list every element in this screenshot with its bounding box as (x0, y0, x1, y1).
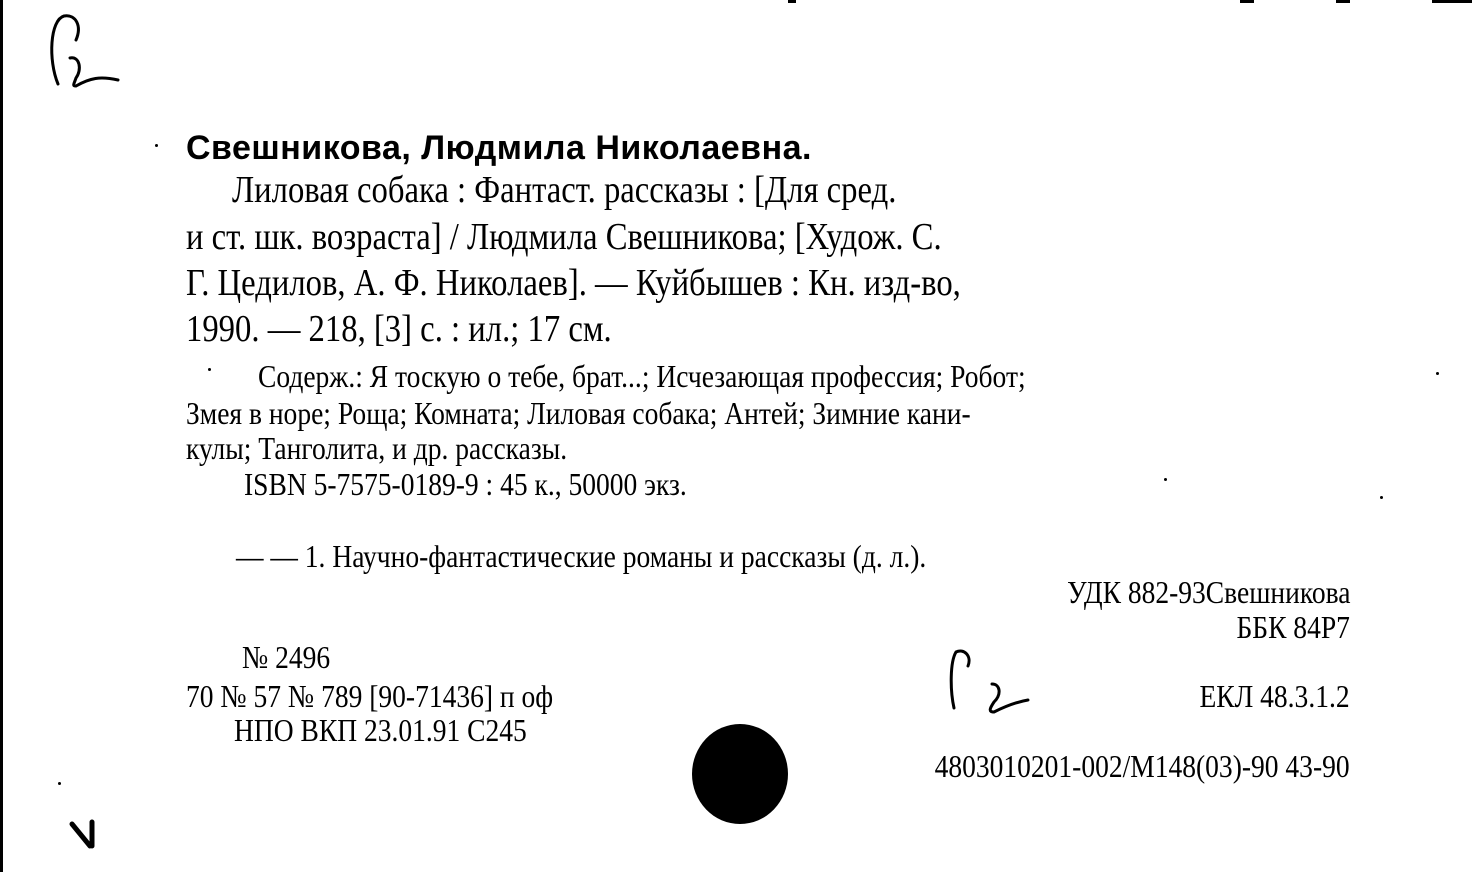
card-left-edge (0, 0, 3, 872)
isbn-line: ISBN 5-7575-0189-9 : 45 к., 50000 экз. (244, 464, 687, 504)
subject-line: — — 1. Научно-фантастические романы и ра… (236, 536, 926, 576)
scan-artifact (1336, 0, 1350, 3)
contents-line: Змея в норе; Роща; Комната; Лиловая соба… (186, 393, 971, 433)
scan-artifact (788, 0, 796, 3)
ekl-code: ЕКЛ 48.3.1.2 (1200, 676, 1350, 716)
scan-artifact (1240, 0, 1254, 3)
card-number: № 2496 (242, 637, 330, 677)
contents-line: Содерж.: Я тоскую о тебе, брат...; Исчез… (258, 356, 1026, 396)
udk-code: УДК 882-93Свешникова (1067, 572, 1350, 612)
scan-speck (1436, 372, 1439, 375)
description-line: и ст. шк. возраста] / Людмила Свешникова… (186, 217, 942, 257)
scan-speck (155, 144, 158, 147)
description-line: 1990. — 218, [3] с. : ил.; 17 см. (186, 309, 612, 349)
contents-line: кулы; Танголита, и др. рассказы. (186, 428, 567, 468)
scan-speck (1164, 478, 1167, 481)
description-line: Г. Цедилов, А. Ф. Николаев]. — Куйбышев … (186, 263, 961, 303)
catalog-card: Свешникова, Людмила Николаевна. Лиловая … (0, 0, 1472, 872)
scan-speck (1380, 496, 1383, 499)
scan-speck (58, 782, 61, 785)
description-line: Лиловая собака : Фантаст. рассказы : [Дл… (232, 170, 896, 210)
npo-line: НПО ВКП 23.01.91 С245 (234, 710, 527, 750)
publication-code: 4803010201-002/М148(03)-90 43-90 (935, 746, 1350, 786)
scan-speck (208, 368, 211, 371)
bbk-code: ББК 84Р7 (1237, 607, 1350, 647)
punch-hole (692, 724, 788, 824)
author-heading: Свешникова, Людмила Николаевна. (186, 128, 812, 168)
scan-artifact (1432, 0, 1472, 3)
